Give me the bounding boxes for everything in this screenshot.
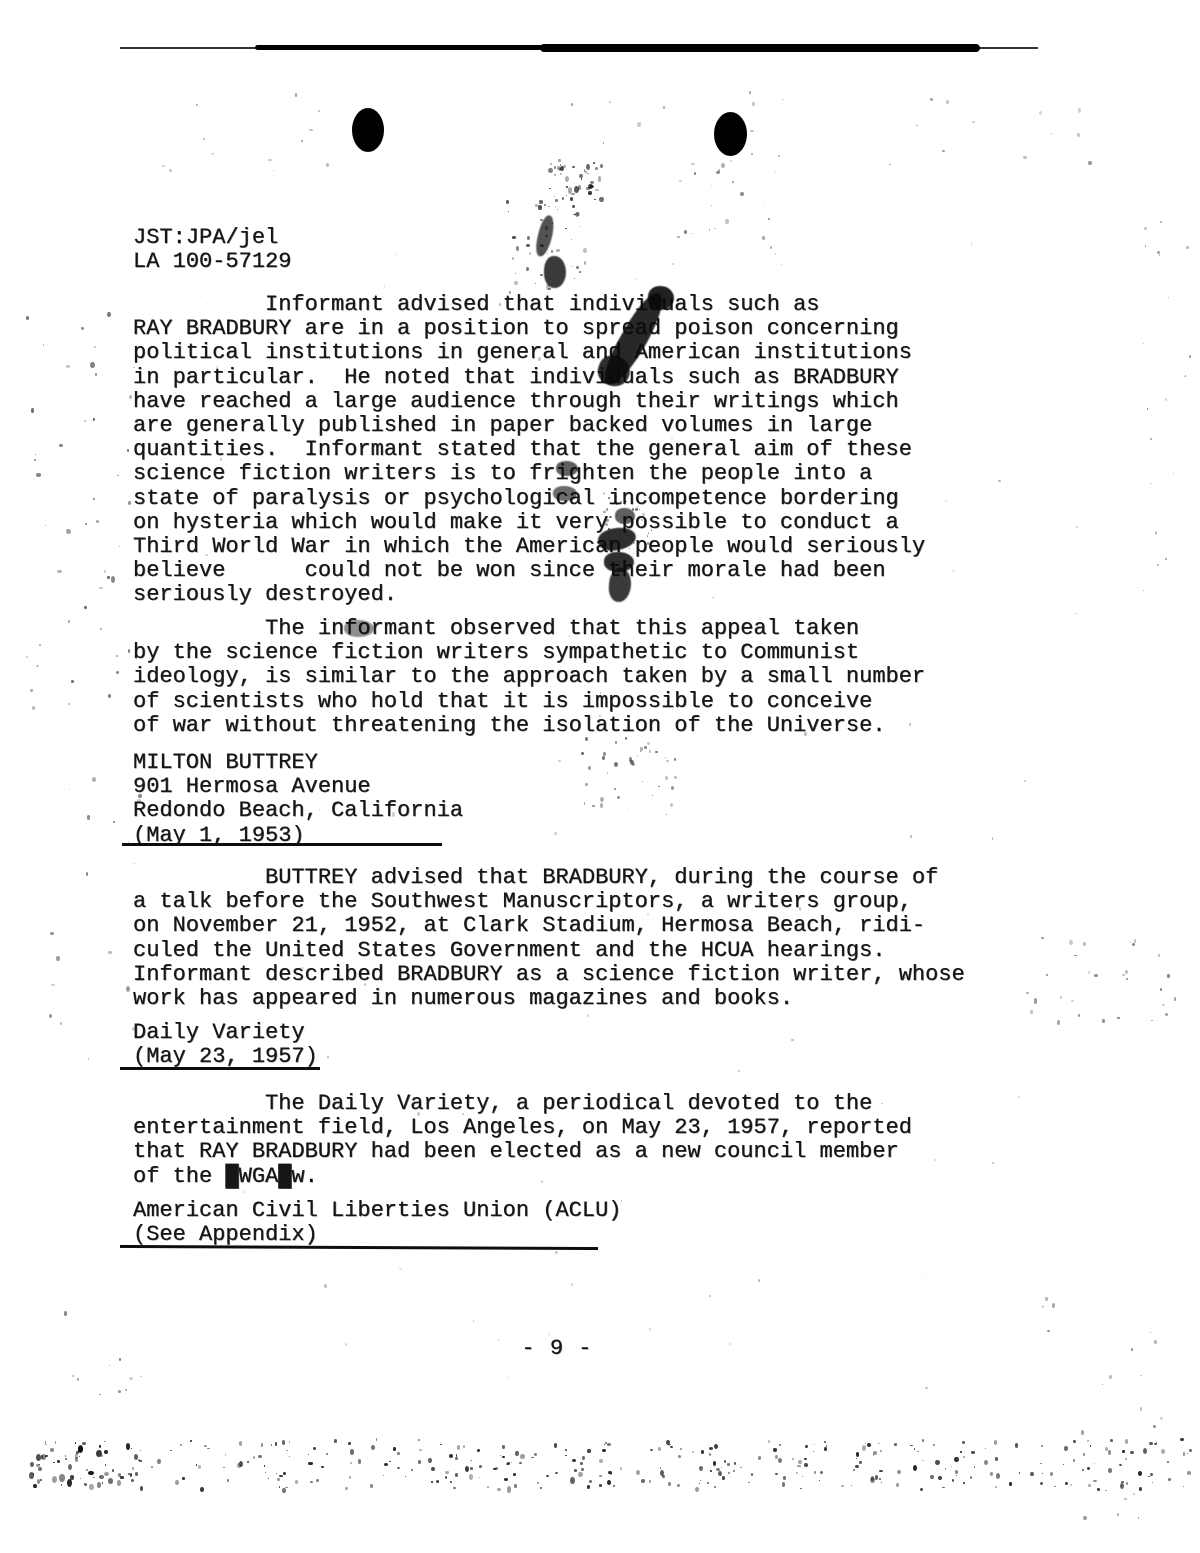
scan-top-bar-thickest <box>540 44 980 52</box>
document-page: JST:JPA/jel LA 100-57129 Informant advis… <box>0 0 1200 1553</box>
source-name: MILTON BUTTREY <box>133 751 463 775</box>
typist-initials-line: JST:JPA/jel <box>133 226 278 250</box>
source-address-street: 901 Hermosa Avenue <box>133 775 463 799</box>
ink-blot <box>556 461 578 476</box>
ink-blot <box>544 256 566 288</box>
source-name: Daily Variety <box>133 1021 318 1045</box>
source-block-aclu: American Civil Liberties Union (ACLU) (S… <box>133 1199 621 1247</box>
source-block-buttrey: MILTON BUTTREY 901 Hermosa Avenue Redond… <box>133 751 463 848</box>
underline-rule <box>122 843 442 846</box>
ink-blot <box>344 620 374 637</box>
source-block-daily-variety: Daily Variety (May 23, 1957) <box>133 1021 318 1069</box>
file-number-line: LA 100-57129 <box>133 250 291 274</box>
paragraph-daily-variety: The Daily Variety, a periodical devoted … <box>133 1092 912 1189</box>
page-number: - 9 - <box>133 1337 981 1361</box>
paragraph-informant-2: The informant observed that this appeal … <box>133 617 925 738</box>
hole-punch-right <box>714 112 747 156</box>
source-date: (May 23, 1957) <box>133 1045 318 1069</box>
paragraph-informant-1: Informant advised that individuals such … <box>133 293 925 608</box>
hole-punch-left <box>352 108 384 152</box>
source-date: (See Appendix) <box>133 1223 621 1247</box>
source-address-city: Redondo Beach, California <box>133 799 463 823</box>
underline-rule <box>120 1067 320 1070</box>
ink-blot <box>553 486 577 501</box>
source-name: American Civil Liberties Union (ACLU) <box>133 1199 621 1223</box>
paragraph-buttrey: BUTTREY advised that BRADBURY, during th… <box>133 866 965 1011</box>
